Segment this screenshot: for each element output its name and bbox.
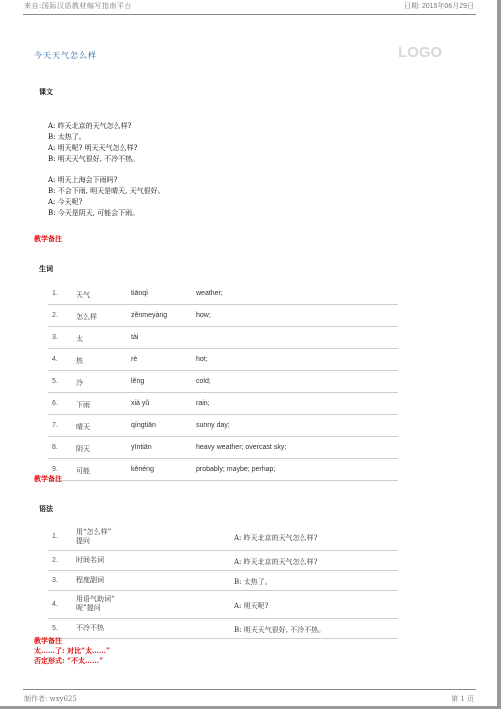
grammar-example: A: 明天呢?	[234, 601, 268, 611]
vocab-num: 1.	[52, 290, 58, 297]
grammar-point: 不冷不热	[76, 624, 104, 633]
dialog-1: A: 昨天北京的天气怎么样? B: 太热了。 A: 明天呢? 明天天气怎么样? …	[48, 121, 139, 165]
vocab-hanzi: 可能	[76, 466, 90, 476]
footer-author: 制作者: wxy625	[24, 694, 77, 704]
grammar-point: 程度副词	[76, 576, 104, 585]
vocab-hanzi: 阴天	[76, 444, 90, 454]
vocab-row: 9.可能kěnéngprobably; maybe; perhap;	[48, 459, 398, 481]
dialog-line: B: 太热了。	[48, 132, 139, 143]
vocab-english: how;	[196, 312, 211, 319]
vocab-pinyin: xià yǔ	[131, 400, 149, 407]
dialog-line: B: 明天天气很好, 不冷不热。	[48, 154, 139, 165]
note-title: 教学备注	[34, 636, 110, 646]
vocab-heading: 生词	[39, 264, 53, 274]
grammar-row: 1.用“怎么样”提问A: 昨天北京的天气怎么样?	[48, 524, 398, 551]
vocab-hanzi: 下雨	[76, 400, 90, 410]
vocab-num: 9.	[52, 466, 58, 473]
lesson-title: 今天天气怎么样	[34, 50, 97, 61]
teaching-note-1: 教学备注	[34, 234, 62, 244]
text-heading: 课文	[39, 87, 53, 97]
vocab-num: 2.	[52, 312, 58, 319]
grammar-point-line: 用“怎么样”	[76, 528, 111, 537]
vocab-num: 3.	[52, 334, 58, 341]
grammar-example: B: 太热了。	[234, 577, 272, 587]
grammar-num: 5.	[52, 625, 58, 632]
vocab-pinyin: zěnmeyàng	[131, 312, 167, 319]
vocab-english: probably; maybe; perhap;	[196, 466, 275, 473]
dialog-line: A: 明天呢? 明天天气怎么样?	[48, 143, 139, 154]
dialog-line: B: 今天是阴天, 可能会下雨。	[48, 208, 165, 219]
grammar-row: 3.程度副词B: 太热了。	[48, 571, 398, 591]
grammar-example: A: 昨天北京的天气怎么样?	[234, 557, 317, 567]
grammar-num: 4.	[52, 601, 58, 608]
grammar-table: 1.用“怎么样”提问A: 昨天北京的天气怎么样? 2.时间名词A: 昨天北京的天…	[48, 524, 398, 639]
vocab-pinyin: kěnéng	[131, 466, 154, 473]
vocab-num: 8.	[52, 444, 58, 451]
footer-page-number: 第 1 页	[451, 694, 474, 704]
grammar-num: 1.	[52, 533, 58, 540]
vocab-table: 1.天气tiānqìweather; 2.怎么样zěnmeyànghow; 3.…	[48, 283, 398, 481]
footer-divider	[23, 689, 476, 690]
vocab-english: cold;	[196, 378, 211, 385]
vocab-english: heavy weather; overcast sky;	[196, 444, 286, 451]
teaching-note-3: 教学备注 太……了: 对比“太……” 否定形式: “不太……”	[34, 636, 110, 666]
vocab-hanzi: 晴天	[76, 422, 90, 432]
grammar-point: 用“怎么样”提问	[76, 528, 111, 546]
grammar-heading: 语法	[39, 504, 53, 514]
vocab-num: 6.	[52, 400, 58, 407]
dialog-line: A: 今天呢?	[48, 197, 165, 208]
vocab-pinyin: yīntiān	[131, 444, 152, 451]
vocab-english: sunny day;	[196, 422, 230, 429]
note-line: 否定形式: “不太……”	[34, 656, 110, 666]
vocab-row: 1.天气tiānqìweather;	[48, 283, 398, 305]
vocab-english: rain;	[196, 400, 210, 407]
grammar-num: 2.	[52, 557, 58, 564]
dialog-line: A: 明天上海会下雨吗?	[48, 175, 165, 186]
grammar-point-line: 呢”提问	[76, 604, 115, 613]
vocab-pinyin: rè	[131, 356, 137, 363]
logo-placeholder: LOGO	[398, 44, 442, 61]
grammar-num: 3.	[52, 577, 58, 584]
vocab-row: 4.热rèhot;	[48, 349, 398, 371]
header-divider	[23, 14, 476, 15]
vocab-english: hot;	[196, 356, 208, 363]
vocab-pinyin: tiānqì	[131, 290, 148, 297]
vocab-num: 7.	[52, 422, 58, 429]
vocab-hanzi: 天气	[76, 290, 90, 300]
vocab-pinyin: tài	[131, 334, 138, 341]
vocab-row: 8.阴天yīntiānheavy weather; overcast sky;	[48, 437, 398, 459]
teaching-note-2: 教学备注	[34, 474, 62, 484]
vocab-num: 4.	[52, 356, 58, 363]
note-line: 太……了: 对比“太……”	[34, 646, 110, 656]
vocab-english: weather;	[196, 290, 223, 297]
grammar-example: A: 昨天北京的天气怎么样?	[234, 533, 317, 543]
vocab-hanzi: 冷	[76, 378, 83, 388]
vocab-num: 5.	[52, 378, 58, 385]
dialog-line: A: 昨天北京的天气怎么样?	[48, 121, 139, 132]
vocab-row: 3.太tài	[48, 327, 398, 349]
vocab-row: 6.下雨xià yǔrain;	[48, 393, 398, 415]
vocab-hanzi: 怎么样	[76, 312, 97, 322]
grammar-row: 2.时间名词A: 昨天北京的天气怎么样?	[48, 551, 398, 571]
vocab-pinyin: qíngtiān	[131, 422, 156, 429]
header-source: 来自:国际汉语教材编写指南平台	[24, 1, 132, 11]
grammar-row: 4.用语气助词“呢”提问A: 明天呢?	[48, 591, 398, 619]
grammar-point: 用语气助词“呢”提问	[76, 595, 115, 613]
dialog-line: B: 不会下雨, 明天是晴天, 天气很好。	[48, 186, 165, 197]
vocab-row: 5.冷lěngcold;	[48, 371, 398, 393]
grammar-example: B: 明天天气很好, 不冷不热。	[234, 625, 325, 635]
vocab-pinyin: lěng	[131, 378, 144, 385]
vocab-row: 7.晴天qíngtiānsunny day;	[48, 415, 398, 437]
document-page: 来自:国际汉语教材编写指南平台 日期: 2015年06月29日 今天天气怎么样 …	[0, 0, 497, 706]
grammar-point-line: 用语气助词“	[76, 595, 115, 604]
vocab-row: 2.怎么样zěnmeyànghow;	[48, 305, 398, 327]
vocab-hanzi: 太	[76, 334, 83, 344]
grammar-point-line: 提问	[76, 537, 111, 546]
vocab-hanzi: 热	[76, 356, 83, 366]
header-date: 日期: 2015年06月29日	[404, 1, 474, 11]
grammar-point: 时间名词	[76, 556, 104, 565]
dialog-2: A: 明天上海会下雨吗? B: 不会下雨, 明天是晴天, 天气很好。 A: 今天…	[48, 175, 165, 219]
